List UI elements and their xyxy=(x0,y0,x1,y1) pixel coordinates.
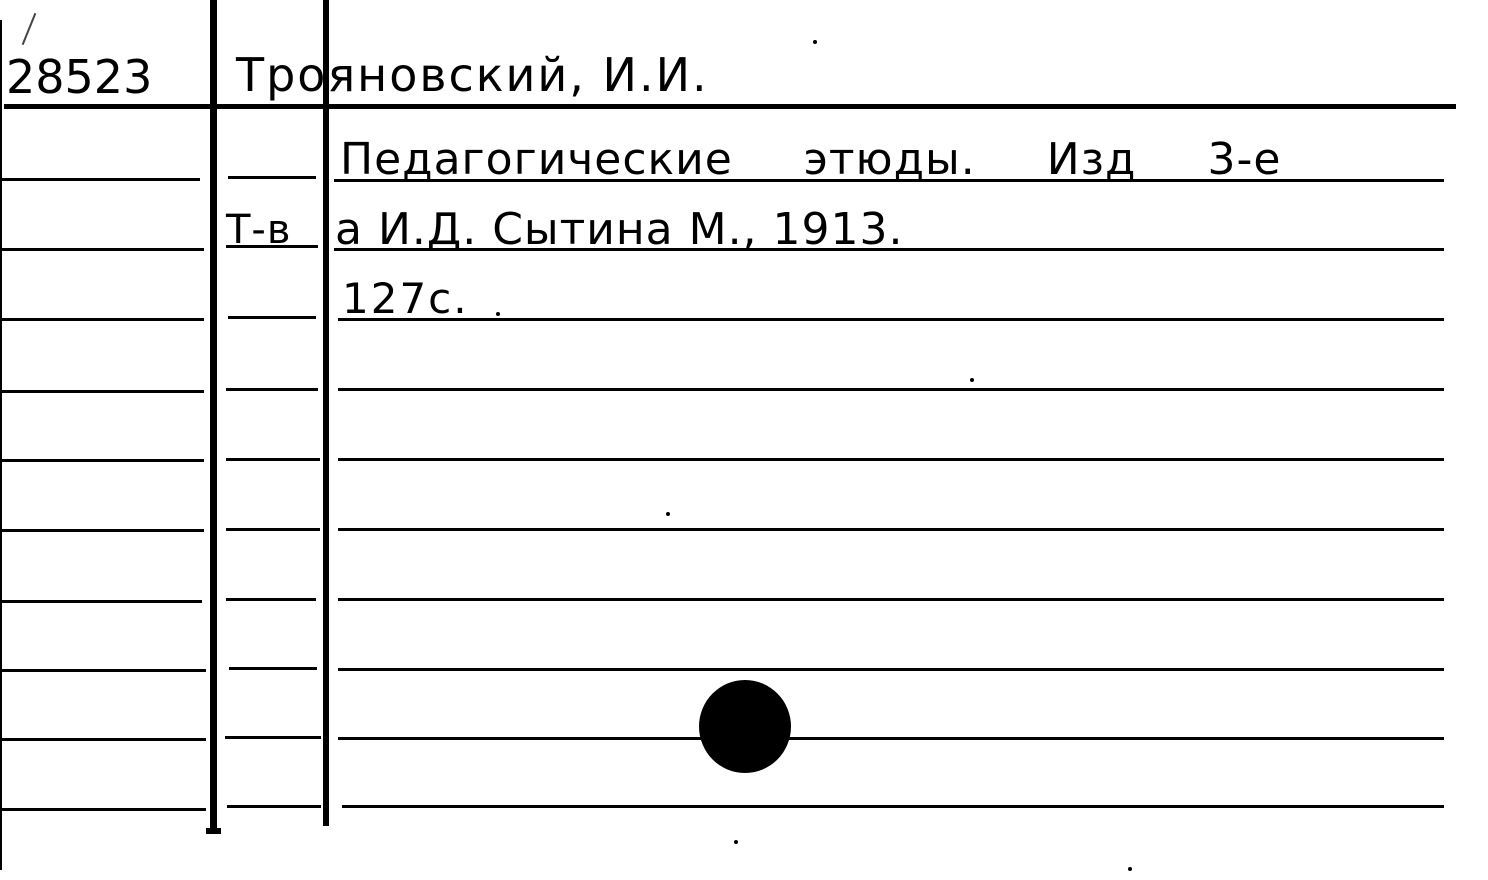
page-count: 127с. xyxy=(342,278,469,320)
ruled-line xyxy=(2,600,202,603)
ruled-line xyxy=(342,805,1444,808)
pencil-mark xyxy=(22,13,37,45)
column-rule-left xyxy=(210,0,217,832)
catalog-card: 28523 Трояновский, И.И. Педагогические э… xyxy=(0,0,1488,880)
ruled-line xyxy=(2,808,206,811)
ruled-line xyxy=(228,316,316,319)
column-rule-right xyxy=(323,0,329,826)
ruled-line xyxy=(338,318,1444,321)
speck xyxy=(1128,867,1132,871)
speck xyxy=(666,512,670,516)
ruled-line xyxy=(226,528,320,531)
ruled-line xyxy=(338,458,1444,461)
speck xyxy=(813,40,817,44)
title-line-1: Педагогические этюды. Изд 3-е xyxy=(340,138,1281,182)
card-left-edge xyxy=(0,20,2,870)
ruled-line xyxy=(226,458,320,461)
ruled-line xyxy=(227,805,321,808)
punch-hole xyxy=(699,680,791,773)
header-rule xyxy=(4,104,1456,109)
ruled-line xyxy=(2,178,200,181)
ruled-line xyxy=(228,176,316,179)
ruled-line xyxy=(225,736,321,739)
ruled-line xyxy=(2,318,204,321)
ruled-line xyxy=(2,248,204,251)
ruled-line xyxy=(338,737,1444,740)
author-name: Трояновский, И.И. xyxy=(236,52,709,98)
ruled-line xyxy=(226,598,316,601)
call-number: 28523 xyxy=(6,54,152,100)
title-line-2: а И.Д. Сытина М., 1913. xyxy=(335,208,904,252)
ruled-line xyxy=(338,528,1444,531)
ruled-line xyxy=(2,390,204,393)
ruled-line xyxy=(338,388,1444,391)
ruled-line xyxy=(338,598,1444,601)
ruled-line xyxy=(229,667,317,670)
speck xyxy=(970,378,974,382)
ruled-line xyxy=(2,738,206,741)
ruled-line xyxy=(2,459,204,462)
ruled-line xyxy=(2,529,204,532)
publisher-prefix: Т-в xyxy=(226,210,291,250)
ruled-line xyxy=(226,388,318,391)
speck xyxy=(496,312,500,316)
speck xyxy=(734,840,738,844)
ruled-line xyxy=(338,668,1444,671)
ruled-line xyxy=(2,669,206,672)
